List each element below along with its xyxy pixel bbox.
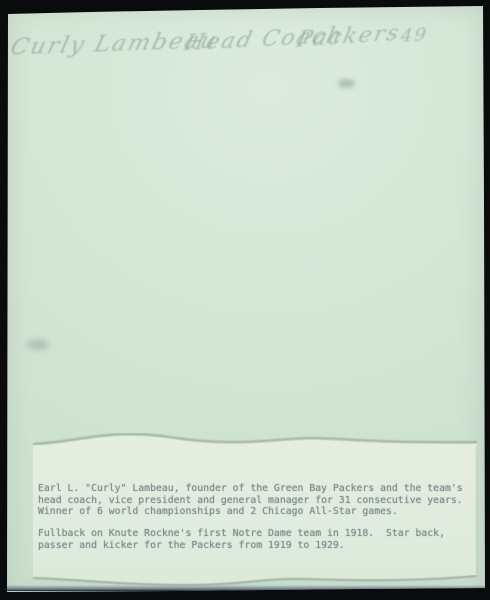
caption-line: head coach, vice president and general m… bbox=[38, 495, 480, 507]
pencil-smudge bbox=[338, 79, 355, 88]
paper-bottom-edge-shadow bbox=[6, 585, 486, 591]
typed-caption: Earl L. "Curly" Lambeau, founder of the … bbox=[38, 483, 480, 552]
caption-line: Fullback on Knute Rockne's first Notre D… bbox=[38, 528, 480, 540]
handwritten-number: 49 bbox=[400, 24, 429, 47]
caption-line: passer and kicker for the Packers from 1… bbox=[38, 540, 480, 552]
label-top-torn-edge bbox=[33, 434, 477, 444]
caption-paragraph-bio: Earl L. "Curly" Lambeau, founder of the … bbox=[38, 483, 480, 518]
pencil-smudge bbox=[27, 339, 49, 350]
caption-line: Winner of 6 world championships and 2 Ch… bbox=[38, 506, 480, 518]
label-bottom-torn-edge bbox=[33, 576, 477, 585]
caption-line: Earl L. "Curly" Lambeau, founder of the … bbox=[38, 483, 480, 495]
scanned-photo-back: Curly Lambeau Head Coach Packers 49 bbox=[0, 0, 490, 600]
caption-paragraph-playing-career: Fullback on Knute Rockne's first Notre D… bbox=[38, 528, 480, 551]
photo-back-paper: Curly Lambeau Head Coach Packers 49 bbox=[0, 0, 490, 600]
